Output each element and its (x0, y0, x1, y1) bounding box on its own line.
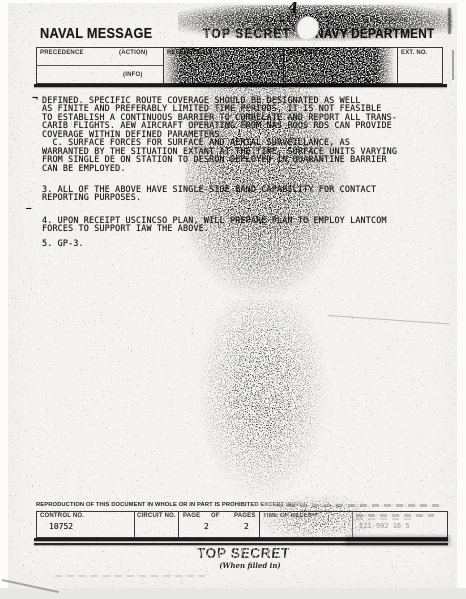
action-label: (ACTION) (119, 50, 148, 56)
margin-bracket-mark: ¬ (32, 93, 38, 104)
header-table: PRECEDENCE (ACTION) (INFO) RELEASED BY D… (36, 47, 443, 84)
precedence-label: PRECEDENCE (40, 50, 84, 56)
header-divider-1 (163, 48, 164, 83)
edge-mark-right (452, 50, 454, 80)
footer-divider-1 (134, 512, 135, 537)
control-no-label: CONTROL NO. (40, 513, 84, 519)
reproduction-notice: REPRODUCTION OF THIS DOCUMENT IN WHOLE O… (36, 502, 301, 508)
info-label: (INFO) (123, 72, 143, 78)
drafted-by-label: DRAFTED BY (287, 50, 328, 56)
footer-smudge-line (55, 575, 205, 577)
ext-no-label: EXT. NO. (401, 50, 428, 56)
top-secret-stamp-top: TOP SECRET (203, 26, 291, 41)
of-label: OF (211, 513, 220, 519)
stamp-subtitle: (When filled in) (205, 561, 295, 570)
header-divider-3 (397, 48, 398, 83)
circuit-no-label: CIRCUIT NO. (137, 513, 176, 519)
footer-divider-2 (178, 512, 179, 537)
page-label: PAGE (183, 513, 200, 519)
body-paragraph-1: DEFINED. SPECIFIC ROUTE COVERAGE SHOULD … (42, 96, 397, 172)
footer-rule-ink-blob (345, 536, 450, 545)
scan-edge-strip (0, 588, 466, 599)
top-secret-stamp-bottom: TOP SECRET (197, 545, 290, 562)
header-bottom-rule (34, 84, 447, 87)
footer-divider-4 (352, 512, 353, 537)
scanned-document: NAVAL MESSAGE TOP SECRET NAVY DEPARTMENT… (0, 0, 466, 599)
released-by-label: RELEASED BY (167, 50, 212, 56)
body-paragraph-4: 5. GP-3. (42, 239, 84, 247)
handwritten-mark: 4 (287, 0, 299, 17)
form-title: NAVAL MESSAGE (40, 25, 152, 42)
department-title: NAVY DEPARTMENT (315, 26, 434, 41)
precedence-field-line (37, 65, 163, 66)
body-paragraph-3: 4. UPON RECEIPT USCINCSO PLAN, WILL PREP… (42, 216, 387, 233)
pages-label: PAGES (234, 513, 256, 519)
margin-dash-mark: — (26, 204, 31, 214)
date-time-value: 221-902 16 5 (359, 522, 410, 530)
page-value: 2 (204, 522, 209, 531)
body-paragraph-2: 3. ALL OF THE ABOVE HAVE SINGLE-SIDE BAN… (42, 185, 376, 202)
footer-table: CONTROL NO. 10752 CIRCUIT NO. PAGE OF PA… (36, 511, 448, 538)
control-no-value: 10752 (49, 522, 73, 531)
pages-value: 2 (244, 522, 249, 531)
faded-column-header-smudge-2 (356, 518, 411, 520)
reproduction-notice-faded-tail (276, 504, 444, 507)
time-of-receipt-label: TIME OF RECEIPT (263, 513, 318, 519)
faded-column-header-smudge (356, 514, 434, 517)
footer-divider-3 (259, 512, 260, 537)
header-divider-2 (283, 48, 284, 83)
edge-mark-top-right (448, 8, 451, 34)
hole-punch (295, 16, 319, 40)
document-page (8, 3, 457, 588)
